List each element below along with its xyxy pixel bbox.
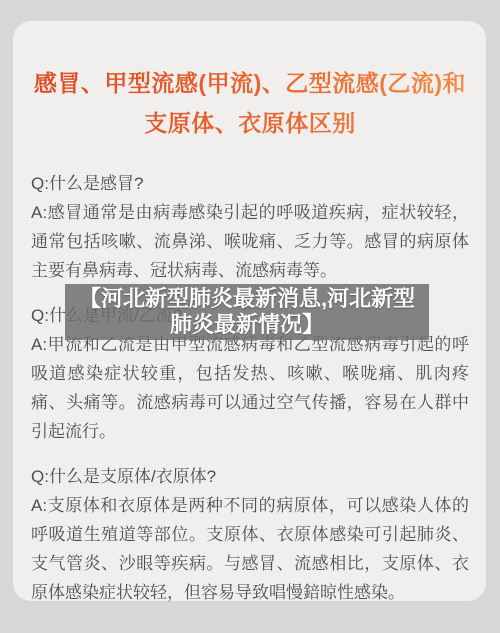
- watermark-overlay: 【河北新型肺炎最新消息,河北新型肺炎最新情况】: [65, 284, 429, 340]
- card-title-line1: 感冒、甲型流感(甲流)、乙型流感(乙流)和: [31, 63, 469, 103]
- answer-mycoplasma: A:支原体和衣原体是两种不同的病原体，可以感染人体的呼吸道生殖道等部位。支原体、…: [31, 491, 469, 607]
- answer-cold: A:感冒通常是由病毒感染引起的呼吸道疾病，症状较轻，通常包括咳嗽、流鼻涕、喉咙痛…: [31, 198, 469, 285]
- card-title: 感冒、甲型流感(甲流)、乙型流感(乙流)和 支原体、衣原体区别: [31, 63, 469, 143]
- qa-block-cold: Q:什么是感冒? A:感冒通常是由病毒感染引起的呼吸道疾病，症状较轻，通常包括咳…: [31, 169, 469, 285]
- card-title-line2: 支原体、衣原体区别: [31, 103, 469, 143]
- question-cold: Q:什么是感冒?: [31, 169, 469, 198]
- answer-flu: A:甲流和乙流是由甲型流感病毒和乙型流感病毒引起的呼吸道感染症状较重，包括发热、…: [31, 330, 469, 446]
- question-mycoplasma: Q:什么是支原体/衣原体?: [31, 462, 469, 491]
- watermark-overlay-text: 【河北新型肺炎最新消息,河北新型肺炎最新情况】: [69, 286, 425, 338]
- qa-block-mycoplasma: Q:什么是支原体/衣原体? A:支原体和衣原体是两种不同的病原体，可以感染人体的…: [31, 462, 469, 607]
